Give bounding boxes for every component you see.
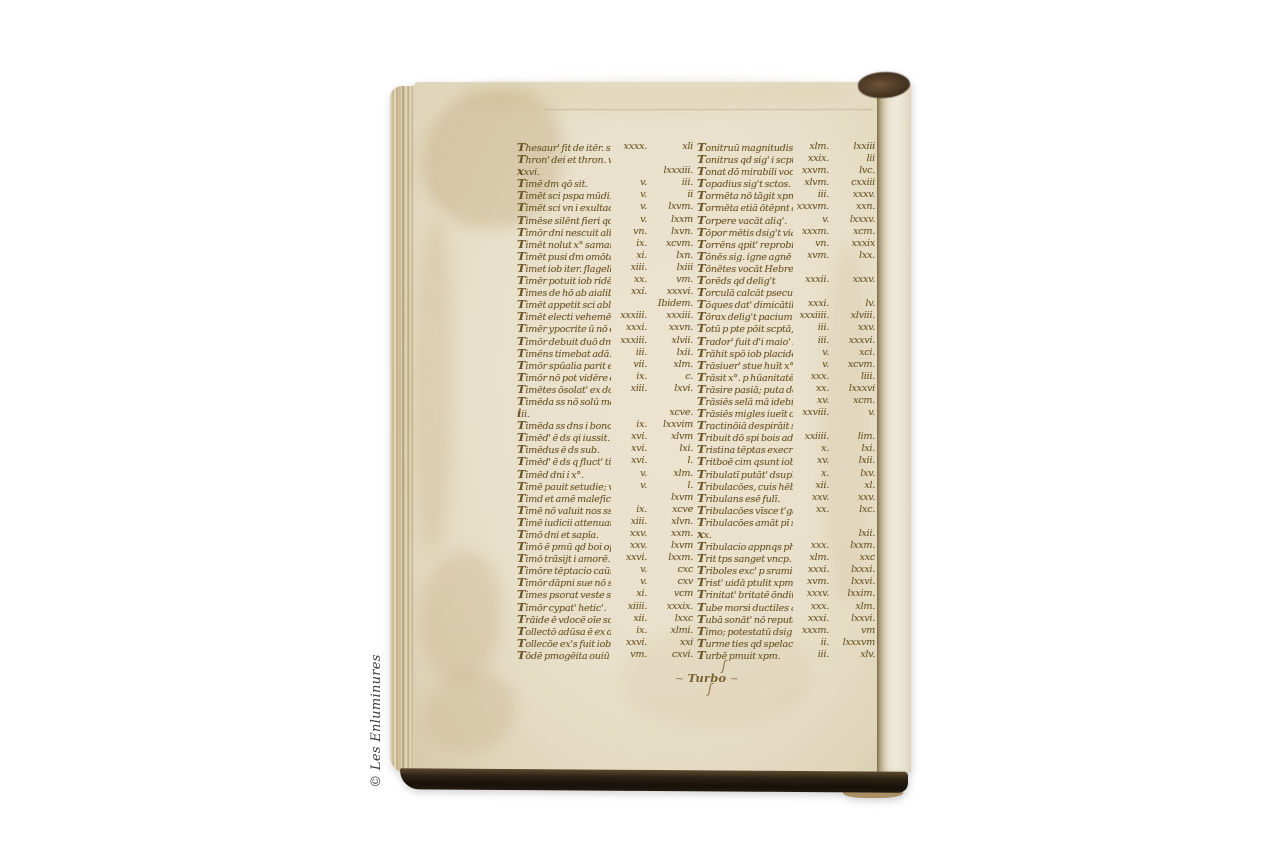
ref-folio: lxii. (647, 347, 693, 359)
ref-folio: ii (647, 189, 693, 201)
ref-chapter: ix. (611, 238, 647, 250)
ref-chapter: xvi. (611, 431, 647, 443)
ref-chapter: iii. (793, 189, 829, 201)
ref-folio: xcvm. (647, 238, 693, 250)
ref-chapter: v. (793, 347, 829, 359)
ref-folio: xli (647, 141, 693, 153)
entry-text: Trāhit spō iob placidē. (697, 347, 793, 359)
index-column-right: Tonitruū magnitudis dei.xlm.lxxiiiTonitr… (697, 141, 875, 661)
index-line: Tristina tēptas execrat peō.x.lxi. (697, 443, 875, 455)
ref-chapter: xxi. (611, 286, 647, 298)
ref-chapter: xxv. (793, 492, 829, 504)
ref-folio: lxx. (829, 250, 875, 262)
index-line: Timo; potestatū dsig't p mōtes.xxxm.vm (697, 625, 875, 637)
index-line: iii.xcve. (517, 407, 693, 419)
ref-folio: Ibidem. (647, 298, 693, 310)
ref-folio: lxxim. (829, 588, 875, 600)
ref-folio: lxxxvi (829, 383, 875, 395)
index-line: Tribulatī putāt' dsupī.x.lxv. (697, 468, 875, 480)
index-line: Trāide ē vdocē oīe scib'.xii.lxxc (517, 613, 693, 625)
ref-chapter: xxxiiii. (793, 310, 829, 322)
index-line: Timd et amē maleficia ss ōte plū dn.lxvm (517, 492, 693, 504)
ref-folio: lxxiii (829, 141, 875, 153)
ref-chapter: x. (793, 443, 829, 455)
ref-chapter: xxxiii. (611, 335, 647, 347)
entry-text: Tribulacio appnqs ph'lodit ocū, (697, 540, 793, 552)
entry-text: Tristina tēptas execrat peō. (697, 443, 793, 455)
index-line: Timēt sci pspa mūdi.v.ii (517, 189, 693, 201)
index-line: Timēda ss nō solū mala s; et bona q agun… (517, 395, 693, 407)
entry-text: Tōrax delig't pacium. (697, 310, 793, 322)
index-line: Thesaur' fit de itēr. sinos.xxxx.xli (517, 141, 693, 153)
ref-chapter: xvm. (793, 250, 829, 262)
index-line: Trāsiēs migles iueīt ddcim.xxviii.v. (697, 407, 875, 419)
index-line: Timōr debuit duō dm.xxxiii.xlvii. (517, 335, 693, 347)
ref-chapter: iii. (793, 322, 829, 334)
entry-text: Trāide ē vdocē oīe scib'. (517, 613, 611, 625)
entry-text: Timētes ōsolat' ex donis. (517, 383, 611, 395)
entry-text: Timōr debuit duō dm. (517, 335, 611, 347)
ref-folio: xlm. (647, 468, 693, 480)
entry-text: Tribuit dō spi bois adsē. (697, 431, 793, 443)
entry-text: Timēda ss nō solū mala s; et bona q agun… (517, 395, 611, 407)
entry-text: Thesaur' fit de itēr. sinos. (517, 141, 611, 153)
ref-folio: lxii. (829, 528, 875, 540)
ref-chapter: xxxi. (793, 298, 829, 310)
ref-chapter: xi. (611, 588, 647, 600)
catchword-tail: ~ (729, 671, 739, 685)
ref-folio: cxv (647, 576, 693, 588)
ref-chapter: xxx. (793, 540, 829, 552)
entry-text: Tormēta etiā ōtēpnt aid'. (697, 201, 793, 213)
index-line: Trist' uidā ptulit xpm.xvm.lxxvi. (697, 576, 875, 588)
entry-text: xx. (697, 528, 793, 540)
index-line: Timēse silēnt fieri qd dūr.v.lxxm (517, 214, 693, 226)
ref-chapter: xxxi. (793, 613, 829, 625)
entry-text: Timēr potuit iob ridē. (517, 274, 611, 286)
entry-text: Totū p pte pōit scptā, e ouise. (697, 322, 793, 334)
entry-text: Timēd' ē ds q fluct' timētes. (517, 455, 611, 467)
entry-text: Trāsit x°. p hūanitatē. (697, 371, 793, 383)
ref-chapter: xxxv. (793, 588, 829, 600)
ref-chapter: xv. (793, 455, 829, 467)
ref-chapter: ix. (611, 625, 647, 637)
entry-text: Timēns timebat adā. (517, 347, 611, 359)
index-line: Tonat dō mirabili voce sua.xxvm.lvc. (697, 165, 875, 177)
entry-text: Trador' fuit d'i maio' saide. (697, 335, 793, 347)
entry-text: Timōr nō pot vidēre deo. (517, 371, 611, 383)
index-line: Times de hō ab aialib' fie.xxi.xxxvi. (517, 286, 693, 298)
ref-chapter: v. (793, 214, 829, 226)
ref-chapter: xiiii. (611, 601, 647, 613)
ref-chapter: xxviii. (793, 407, 829, 419)
index-line: Trāsiēs selā mā idebit glia; dei.xv.xcm. (697, 395, 875, 407)
ref-chapter: xiii. (611, 383, 647, 395)
ref-folio: vm. (647, 274, 693, 286)
entry-text: Trit tps sanget vncp. (697, 552, 793, 564)
ref-chapter: xxxx. (611, 141, 647, 153)
entry-text: Triboles exc' p sramite qd sit, (697, 564, 793, 576)
index-line: Trador' fuit d'i maio' saide.iii.xxxvi. (697, 335, 875, 347)
ref-folio: xxv. (829, 492, 875, 504)
ref-folio: xxv. (829, 322, 875, 334)
entry-text: Tōnēs sig. igne agnē navoy. (697, 250, 793, 262)
entry-text: Tōpor mētis dsig't via pūbca. (697, 226, 793, 238)
entry-text: Timēse silēnt fieri qd dūr. (517, 214, 611, 226)
index-line: Torēds qd delig'txxxii.xxxv. (697, 274, 875, 286)
entry-text: Timōr dāpni sue nō semītū. (517, 576, 611, 588)
ref-chapter: xvi. (611, 455, 647, 467)
ref-folio (829, 516, 875, 528)
ref-chapter (793, 528, 829, 540)
ref-folio: xlvii. (647, 335, 693, 347)
ref-folio: lxvm (647, 540, 693, 552)
entry-text: Tonitrus qd sig' i scptā. (697, 153, 793, 165)
ref-folio: lxxm (647, 214, 693, 226)
ref-folio: c. (647, 371, 693, 383)
ref-folio: lxn. (647, 250, 693, 262)
entry-text: Tollecōe ex's fuit iob. (517, 637, 611, 649)
ref-folio: lxxxv. (829, 214, 875, 226)
ref-folio: xlvn. (647, 516, 693, 528)
ref-folio: lv. (829, 298, 875, 310)
ref-folio (829, 262, 875, 274)
entry-text: Timō ē pmū qd boi opis. (517, 540, 611, 552)
ref-chapter: ix. (611, 371, 647, 383)
index-line: Tribulacōes vīsce t'gaudia pūie;xx.lxc. (697, 504, 875, 516)
ref-folio: lxxm. (829, 540, 875, 552)
entry-text: Timē dm qō sit. (517, 177, 611, 189)
ref-folio: xlm. (829, 601, 875, 613)
index-line: Tollecōe ex's fuit iob.xxvi.xxi (517, 637, 693, 649)
index-line: Timēr ypocrite ū nō ē timid.xxxi.xxvn. (517, 322, 693, 334)
ref-folio: xxc (829, 552, 875, 564)
index-line: Tōrax delig't pacium.xxxiiii.xlviii. (697, 310, 875, 322)
ref-folio: xxn. (829, 201, 875, 213)
index-line: Tribulacio appnqs ph'lodit ocū,xxx.lxxm. (697, 540, 875, 552)
index-line: Trinitat' britatē ōndit sci,xxxv.lxxim. (697, 588, 875, 600)
catchword-flourish-bottom: ʃ (652, 685, 762, 694)
entry-text: Turbē pmuit xpm. (697, 649, 793, 661)
ref-chapter: xx. (793, 383, 829, 395)
ref-chapter: xiii. (611, 262, 647, 274)
ref-folio: lxxxvm (829, 637, 875, 649)
entry-text: Timō dni et sapīa. (517, 528, 611, 540)
ref-folio: iii. (647, 177, 693, 189)
index-line: Timōr cypat' hetic'.xiiii.xxxix. (517, 601, 693, 613)
index-line: Timēt pusi dm omōta.xi.lxn. (517, 250, 693, 262)
ref-folio: lxiii (647, 262, 693, 274)
ref-chapter: xx. (611, 274, 647, 286)
ref-folio: lxxc (647, 613, 693, 625)
index-line: Torpere vacāt aliq'.v.lxxxv. (697, 214, 875, 226)
ref-folio: cxc (647, 564, 693, 576)
index-column-left: Thesaur' fit de itēr. sinos.xxxx.xliThro… (517, 141, 693, 661)
index-line: Trāsit x°. p hūanitatē.xxx.liii. (697, 371, 875, 383)
entry-text: Timēd dni i x°. (517, 468, 611, 480)
ref-chapter: xxxi. (611, 322, 647, 334)
ref-folio: xcm. (829, 226, 875, 238)
index-line: Thron' dei et thron. vn. sig't idē - (517, 153, 693, 165)
entry-text: Topadius sig't sctos. (697, 177, 793, 189)
catchword-line: ~Turbo~ (652, 671, 762, 685)
ref-chapter: vm. (611, 649, 647, 661)
entry-text: Tōnētes vocāt Hebreo; auctōēs xx. xxxiii… (697, 262, 793, 274)
ref-folio: xxxv. (829, 189, 875, 201)
entry-text: Tubā sonāt' nō reputat pduid. (697, 613, 793, 625)
ref-folio: lxxxiii. (647, 165, 693, 177)
entry-text: Timēt electi vehemēt i mōte. (517, 310, 611, 322)
ref-chapter: xxxi. (793, 564, 829, 576)
ref-chapter (793, 286, 829, 298)
ref-chapter: xxvi. (611, 552, 647, 564)
index-line: Tribulans esē fulī.xxv.xxv. (697, 492, 875, 504)
ref-folio: xxxvi. (829, 335, 875, 347)
entry-text: Timē nō valuit nos ssicatōi. (517, 504, 611, 516)
entry-text: Tormēta nō tāgit xpm. (697, 189, 793, 201)
ref-folio: cxvi. (647, 649, 693, 661)
ref-chapter: xx. (793, 504, 829, 516)
index-line: Timētes ōsolat' ex donis.xiii.lxvi. (517, 383, 693, 395)
ref-folio: xcve. (647, 407, 693, 419)
entry-text: Timēt nolut x° samari. (517, 238, 611, 250)
entry-text: Timo; potestatū dsig't p mōtes. (697, 625, 793, 637)
ref-chapter: xxx. (793, 601, 829, 613)
index-line: Tribulacōes, cuis hēbit gaudiū.xii.xl. (697, 480, 875, 492)
index-line: Timōr dāpni sue nō semītū.v.cxv (517, 576, 693, 588)
index-line: Timēd dni i x°.v.xlm. (517, 468, 693, 480)
ref-folio: l. (647, 455, 693, 467)
ref-folio: lxxxi. (829, 564, 875, 576)
index-line: Trāhit spō iob placidē.v.xci. (697, 347, 875, 359)
index-line: Tribulacōes amāt pī si piō glia mūdi - (697, 516, 875, 528)
ref-chapter: vn. (793, 238, 829, 250)
ref-folio: lxv. (829, 468, 875, 480)
entry-text: Tritboē cim qsunt iob. (697, 455, 793, 467)
cover-bottom-edge (400, 768, 908, 793)
ref-chapter: v. (611, 201, 647, 213)
catchword-flourish-top: ʃ (652, 662, 762, 671)
entry-text: Tube morsi ductiles qd sigt. (697, 601, 793, 613)
ref-chapter: xii. (611, 613, 647, 625)
ref-folio: lxvn. (647, 226, 693, 238)
entry-text: Tribulans esē fulī. (697, 492, 793, 504)
entry-text: Trāsiēs migles iueīt ddcim. (697, 407, 793, 419)
index-line: Tubā sonāt' nō reputat pduid.xxxi.lxxvi. (697, 613, 875, 625)
ref-chapter: xxvm. (793, 165, 829, 177)
manuscript-page: Thesaur' fit de itēr. sinos.xxxx.xliThro… (414, 82, 878, 774)
index-line: Timōr spūalia parit etiā.vii.xlm. (517, 359, 693, 371)
ref-folio: xxi (647, 637, 693, 649)
ref-chapter: vii. (611, 359, 647, 371)
ref-chapter: xvi. (611, 443, 647, 455)
index-line: Totū p pte pōit scptā, e ouise.iii.xxv. (697, 322, 875, 334)
index-line: Tōdē pmogēita ouiū dē fit.vm.cxvi. (517, 649, 693, 661)
index-line: Timēt electi vehemēt i mōte.xxxiii.xxxii… (517, 310, 693, 322)
ref-chapter: v. (611, 576, 647, 588)
entry-text: Tractinōiā despirāit sci. xxiv. xlxc. xx… (697, 419, 793, 431)
index-line: Timō ē pmū qd boi opis.xxv.lxvm (517, 540, 693, 552)
ref-folio: xxxv. (829, 274, 875, 286)
copyright-watermark: © Les Enluminures (369, 641, 385, 801)
catchword-tilde-left: ~ (675, 671, 685, 685)
ref-chapter: iii. (793, 335, 829, 347)
entry-text: Timēt sci vn i exultacōe. (517, 201, 611, 213)
entry-text: Timō trāsijt i amorē. (517, 552, 611, 564)
entry-text: Timēdus ē ds sub. (517, 443, 611, 455)
index-line: Timō trāsijt i amorē.xxvi.lxxm. (517, 552, 693, 564)
index-line: Tribuit dō spi bois adsē.xxiiii.lim. (697, 431, 875, 443)
entry-text: Timet iob iter. flagella. (517, 262, 611, 274)
entry-text: Tonitruū magnitudis dei. (697, 141, 793, 153)
ref-folio: xlmi. (647, 625, 693, 637)
ref-chapter: v. (611, 564, 647, 576)
ref-chapter: xi. (611, 250, 647, 262)
ref-chapter: v. (611, 177, 647, 189)
ref-chapter: xii. (793, 480, 829, 492)
parchment-stain (414, 222, 452, 552)
entry-text: Tribulatī putāt' dsupī. (697, 468, 793, 480)
ref-chapter: v. (611, 480, 647, 492)
parchment-stain (420, 552, 500, 682)
entry-text: Timē pauit setudie; via dn. (517, 480, 611, 492)
parchment-crease-line (544, 109, 874, 110)
ref-folio: lim. (829, 431, 875, 443)
entry-text: Timōr cypat' hetic'. (517, 601, 611, 613)
ref-chapter: ix. (611, 419, 647, 431)
entry-text: Timōre tēptacio caūs. (517, 564, 611, 576)
entry-text: Timēr ypocrite ū nō ē timid. (517, 322, 611, 334)
entry-text: Trāsire pasiā; puta delīt. (697, 383, 793, 395)
ref-folio: xxxix (829, 238, 875, 250)
index-line: Tonitruū magnitudis dei.xlm.lxxiii (697, 141, 875, 153)
ref-folio: xcm. (829, 395, 875, 407)
index-line: Topadius sig't sctos.xlvm.cxxiii (697, 177, 875, 189)
index-line: Trāsire pasiā; puta delīt.xx.lxxxvi (697, 383, 875, 395)
ref-chapter: v. (611, 214, 647, 226)
index-line: Torrēns qpit' reprobi.vn.xxxix (697, 238, 875, 250)
index-line: Triboles exc' p sramite qd sit,xxxi.lxxx… (697, 564, 875, 576)
index-line: Tube morsi ductiles qd sigt.xxx.xlm. (697, 601, 875, 613)
entry-text: Timē iudicii attenuat spm. (517, 516, 611, 528)
ref-chapter: iii. (611, 347, 647, 359)
index-line: Timē pauit setudie; via dn.v.l. (517, 480, 693, 492)
entry-text: Tollectō adūsa ē ex decē vtuq;. (517, 625, 611, 637)
ref-chapter: xv. (793, 395, 829, 407)
ref-folio: xl. (829, 480, 875, 492)
entry-text: Timōr dni nescuit aliq'. (517, 226, 611, 238)
ref-chapter (611, 298, 647, 310)
index-line: xxvi.lxxxiii. (517, 165, 693, 177)
entry-text: Timēt appetit sci ablāict. (517, 298, 611, 310)
ref-chapter: v. (793, 359, 829, 371)
index-line: Tollectō adūsa ē ex decē vtuq;.ix.xlmi. (517, 625, 693, 637)
index-line: Timē dm qō sit.v.iii. (517, 177, 693, 189)
index-line: Timēd' ē ds q fluct' timētes.xvi.l. (517, 455, 693, 467)
entry-text: Tōques dat' dimicātib'. (697, 298, 793, 310)
ref-chapter (611, 492, 647, 504)
index-line: Trāsiuer' stue huīt x°.v.xcvm. (697, 359, 875, 371)
index-line: Timēt appetit sci ablāict.Ibidem. (517, 298, 693, 310)
ref-folio: xci. (829, 347, 875, 359)
index-line: Timōr nō pot vidēre deo.ix.c. (517, 371, 693, 383)
index-line: Trit tps sanget vncp.xlm.xxc (697, 552, 875, 564)
ref-folio: lxc. (829, 504, 875, 516)
index-line: Tōnētes vocāt Hebreo; auctōēs xx. xxxiii… (697, 262, 875, 274)
ref-chapter: xlm. (793, 552, 829, 564)
manuscript-book: Thesaur' fit de itēr. sinos.xxxx.xliThro… (388, 70, 912, 798)
index-line: Timōr dni nescuit aliq'.vn.lxvn. (517, 226, 693, 238)
ref-chapter: vn. (611, 226, 647, 238)
entry-text: Trinitat' britatē ōndit sci, (697, 588, 793, 600)
entry-text: Tribulacōes, cuis hēbit gaudiū. (697, 480, 793, 492)
index-line: Timēd' ē ds qi iussit.xvi.xlvm (517, 431, 693, 443)
ref-chapter: xxiiii. (793, 431, 829, 443)
ref-folio (647, 153, 693, 165)
catchword: ʃ ~Turbo~ ʃ (652, 662, 762, 694)
entry-text: Timēt pusi dm omōta. (517, 250, 611, 262)
entry-text: Tribulacōes amāt pī si piō glia mūdi - (697, 516, 793, 528)
entry-text: Torpere vacāt aliq'. (697, 214, 793, 226)
entry-text: Timd et amē maleficia ss ōte plū dn. (517, 492, 611, 504)
ref-chapter: xxxii. (793, 274, 829, 286)
ref-folio: lxvm. (647, 201, 693, 213)
ref-chapter: ix. (611, 504, 647, 516)
index-line: Timēt sci vn i exultacōe.v.lxvm. (517, 201, 693, 213)
index-line: Timēt nolut x° samari.ix.xcvm. (517, 238, 693, 250)
index-line: Torculā calcāt psecutōēs orē. xlv. lxxxi… (697, 286, 875, 298)
ref-folio: v. (829, 407, 875, 419)
ref-chapter: v. (611, 189, 647, 201)
ref-chapter: xxv. (611, 540, 647, 552)
ref-chapter: x. (793, 468, 829, 480)
entry-text: Timēt sci pspa mūdi. (517, 189, 611, 201)
entry-text: Tonat dō mirabili voce sua. (697, 165, 793, 177)
ref-folio: lxi. (647, 443, 693, 455)
ref-chapter (611, 165, 647, 177)
ref-folio: lxi. (829, 443, 875, 455)
index-line: Tractinōiā despirāit sci. xxiv. xlxc. xx… (697, 419, 875, 431)
ref-chapter: xxx. (793, 371, 829, 383)
ref-chapter (793, 262, 829, 274)
index-line: Timē iudicii attenuat spm.xiii.xlvn. (517, 516, 693, 528)
ref-folio: xlv. (829, 649, 875, 661)
entry-text: Trāsiuer' stue huīt x°. (697, 359, 793, 371)
parchment-stain (454, 80, 844, 110)
parchment-stain (424, 672, 514, 752)
ref-folio: lxxvi. (829, 613, 875, 625)
ref-folio: xxxvi. (647, 286, 693, 298)
ref-folio: lii (829, 153, 875, 165)
entry-text: Times psorat veste sic soitu. (517, 588, 611, 600)
ref-chapter: xlm. (793, 141, 829, 153)
entry-text: Timōr spūalia parit etiā. (517, 359, 611, 371)
index-line: xx.lxii. (697, 528, 875, 540)
ref-folio: xxxix. (647, 601, 693, 613)
entry-text: Torculā calcāt psecutōēs orē. xlv. lxxxi… (697, 286, 793, 298)
index-line: Tonitrus qd sig' i scptā.xxix.lii (697, 153, 875, 165)
entry-text: xxvi. (517, 165, 611, 177)
entry-text: Torrēns qpit' reprobi. (697, 238, 793, 250)
entry-text: iii. (517, 407, 611, 419)
entry-text: Tribulacōes vīsce t'gaudia pūie; (697, 504, 793, 516)
index-line: Timō dni et sapīa.xxv.xxm. (517, 528, 693, 540)
index-line: Timēns timebat adā.iii.lxii. (517, 347, 693, 359)
ref-chapter (611, 395, 647, 407)
ref-folio: xlm. (647, 359, 693, 371)
entry-text: Timēd' ē ds qi iussit. (517, 431, 611, 443)
ref-chapter: xlvm. (793, 177, 829, 189)
